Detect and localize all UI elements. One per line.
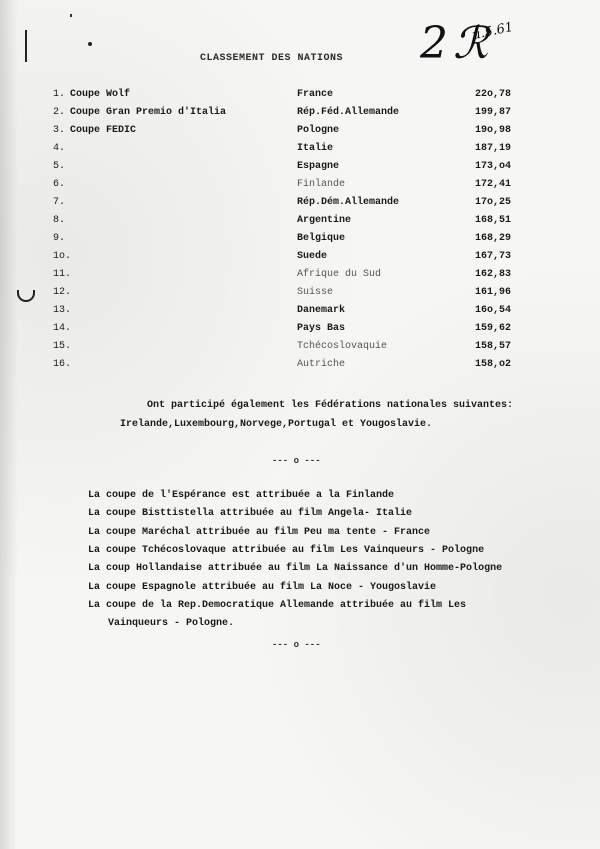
award-line: La coup Hollandaise attribuée au film La… (88, 563, 502, 574)
rank-number: 1. (53, 89, 65, 100)
ranking-row: 2.Coupe Gran Premio d'ItaliaRép.Féd.Alle… (0, 107, 600, 125)
ranking-row: 1o.Suede167,73 (0, 251, 600, 269)
country-name: Espagne (297, 161, 339, 172)
award-line: La coupe Bisttistella attribuée au film … (88, 508, 412, 519)
award-line: La coupe Tchécoslovaque attribuée au fil… (88, 545, 484, 556)
score-value: 17o,25 (475, 197, 511, 208)
ranking-row: 13.Danemark16o,54 (0, 305, 600, 323)
country-name: Afrique du Sud (297, 269, 381, 280)
ranking-row: 12.Suisse161,96 (0, 287, 600, 305)
award-line: La coupe de l'Espérance est attribuée a … (88, 490, 394, 501)
score-value: 168,51 (475, 215, 511, 226)
rank-number: 1o. (53, 251, 71, 262)
score-value: 173,o4 (475, 161, 511, 172)
ranking-row: 15.Tchécoslovaquie158,57 (0, 341, 600, 359)
rank-number: 7. (53, 197, 65, 208)
margin-mark (25, 30, 27, 62)
award-line: Vainqueurs - Pologne. (108, 618, 234, 629)
score-value: 158,57 (475, 341, 511, 352)
rank-number: 3. (53, 125, 65, 136)
ranking-row: 4.Italie187,19 (0, 143, 600, 161)
participants-line-2: Irelande,Luxembourg,Norvege,Portugal et … (120, 419, 432, 430)
country-name: Argentine (297, 215, 351, 226)
rank-number: 5. (53, 161, 65, 172)
rank-number: 16. (53, 359, 71, 370)
country-name: Finlande (297, 179, 345, 190)
country-name: Danemark (297, 305, 345, 316)
award-line: La coupe Espagnole attribuée au film La … (88, 582, 436, 593)
cup-name: Coupe Gran Premio d'Italia (70, 107, 226, 118)
ranking-row: 16.Autriche158,o2 (0, 359, 600, 377)
rank-number: 2. (53, 107, 65, 118)
rank-number: 8. (53, 215, 65, 226)
score-value: 161,96 (475, 287, 511, 298)
handwritten-annotation: 2 ℛ u.5.61 (420, 18, 488, 69)
cup-name: Coupe FEDIC (70, 125, 136, 136)
ranking-row: 3.Coupe FEDICPologne19o,98 (0, 125, 600, 143)
document-page: CLASSEMENT DES NATIONS 2 ℛ u.5.61 1.Coup… (0, 0, 600, 849)
rank-number: 11. (53, 269, 71, 280)
rank-number: 15. (53, 341, 71, 352)
document-title: CLASSEMENT DES NATIONS (200, 53, 343, 64)
score-value: 172,41 (475, 179, 511, 190)
award-line: La coupe Maréchal attribuée au film Peu … (88, 527, 430, 538)
country-name: Tchécoslovaquie (297, 341, 387, 352)
country-name: Belgique (297, 233, 345, 244)
score-value: 158,o2 (475, 359, 511, 370)
country-name: Pologne (297, 125, 339, 136)
ranking-row: 6.Finlande172,41 (0, 179, 600, 197)
participants-line-1: Ont participé également les Fédérations … (147, 400, 513, 411)
score-value: 167,73 (475, 251, 511, 262)
ranking-row: 11.Afrique du Sud162,83 (0, 269, 600, 287)
rank-number: 12. (53, 287, 71, 298)
country-name: Italie (297, 143, 333, 154)
ranking-row: 1.Coupe WolfFrance22o,78 (0, 89, 600, 107)
ranking-row: 7.Rép.Dém.Allemande17o,25 (0, 197, 600, 215)
score-value: 19o,98 (475, 125, 511, 136)
country-name: Rép.Dém.Allemande (297, 197, 399, 208)
separator: --- o --- (272, 456, 321, 466)
country-name: France (297, 89, 333, 100)
country-name: Rép.Féd.Allemande (297, 107, 399, 118)
score-value: 187,19 (475, 143, 511, 154)
rank-number: 13. (53, 305, 71, 316)
score-value: 168,29 (475, 233, 511, 244)
cup-name: Coupe Wolf (70, 89, 130, 100)
rank-number: 6. (53, 179, 65, 190)
score-value: 162,83 (475, 269, 511, 280)
ranking-row: 5.Espagne173,o4 (0, 161, 600, 179)
country-name: Pays Bas (297, 323, 345, 334)
rank-number: 4. (53, 143, 65, 154)
rank-number: 14. (53, 323, 71, 334)
ranking-row: 14.Pays Bas159,62 (0, 323, 600, 341)
country-name: Suisse (297, 287, 333, 298)
award-line: La coupe de la Rep.Democratique Allemand… (88, 600, 466, 611)
country-name: Autriche (297, 359, 345, 370)
country-name: Suede (297, 251, 327, 262)
separator: --- o --- (272, 640, 321, 650)
scan-speck (70, 14, 72, 17)
scan-speck (88, 42, 92, 46)
handwritten-page-number: 2 (420, 18, 448, 69)
score-value: 16o,54 (475, 305, 511, 316)
score-value: 22o,78 (475, 89, 511, 100)
rank-number: 9. (53, 233, 65, 244)
ranking-row: 8.Argentine168,51 (0, 215, 600, 233)
ranking-row: 9.Belgique168,29 (0, 233, 600, 251)
score-value: 199,87 (475, 107, 511, 118)
score-value: 159,62 (475, 323, 511, 334)
